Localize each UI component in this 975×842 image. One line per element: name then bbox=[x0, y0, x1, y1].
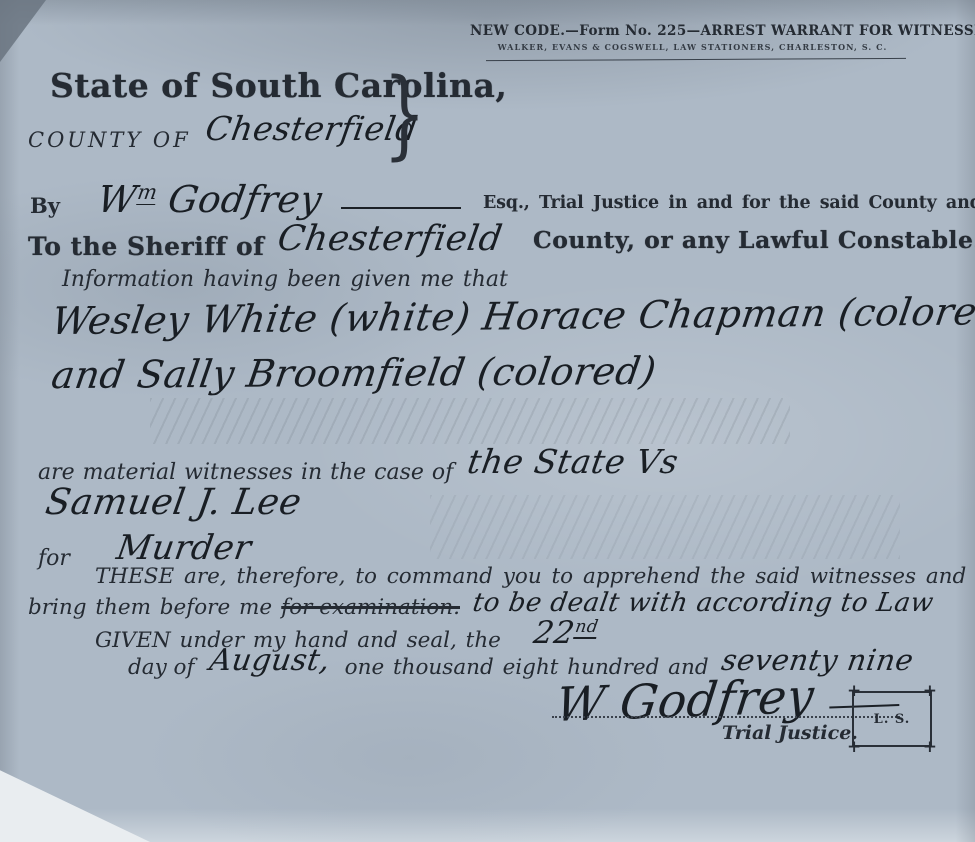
constable-line: County, or any Lawful Constable. bbox=[533, 226, 975, 254]
charge-handwritten: Murder bbox=[114, 528, 254, 568]
stationer-line: WALKER, EVANS & COGSWELL, LAW STATIONERS… bbox=[470, 42, 915, 52]
witness-names-line-2: and Sally Broomfield (colored) bbox=[49, 349, 660, 397]
case-name-handwritten: the State Vs bbox=[465, 442, 681, 481]
for-label: for bbox=[38, 546, 70, 571]
seal-label: L. S. bbox=[854, 693, 930, 745]
state-title: State of South Carolina, bbox=[50, 66, 507, 105]
defendant-name-handwritten: Samuel J. Lee bbox=[43, 482, 305, 523]
pen-flourish-dash bbox=[341, 207, 461, 209]
command-line-2-prefix: bring them before me bbox=[28, 595, 272, 620]
information-line: Information having been given me that bbox=[62, 267, 508, 292]
scan-smudge bbox=[150, 398, 790, 444]
form-header-line: NEW CODE.—Form No. 225—ARREST WARRANT FO… bbox=[470, 23, 915, 39]
scanned-warrant-document: NEW CODE.—Form No. 225—ARREST WARRANT FO… bbox=[0, 0, 975, 842]
esq-title-line: Esq., Trial Justice in and for the said … bbox=[483, 193, 975, 213]
signature-dotted-line bbox=[552, 716, 900, 718]
seal-corner-cross: + bbox=[923, 686, 937, 696]
month-handwritten: August, bbox=[207, 643, 333, 678]
by-label: By bbox=[30, 193, 60, 218]
sheriff-county-handwritten: Chesterfield bbox=[274, 219, 504, 259]
scan-edge-artifact-top-left bbox=[0, 0, 46, 62]
seal-corner-cross: + bbox=[847, 742, 861, 752]
caption-brace: } bbox=[383, 58, 426, 170]
seal-corner-cross: + bbox=[847, 686, 861, 696]
county-label: COUNTY OF bbox=[28, 128, 191, 152]
header-rule bbox=[486, 58, 906, 61]
seal-box: + + + + L. S. bbox=[852, 691, 932, 747]
witness-names-line-1: Wesley White (white) Horace Chapman (col… bbox=[49, 289, 975, 343]
justice-name-handwritten: Wm Godfrey bbox=[95, 178, 326, 221]
signature-title: Trial Justice. bbox=[722, 722, 858, 744]
inserted-handwritten: to be dealt with according to Law bbox=[471, 588, 936, 618]
sheriff-label: To the Sheriff of bbox=[28, 232, 264, 261]
struck-text: for examination. bbox=[281, 595, 460, 620]
day-of-label: day of bbox=[128, 655, 194, 680]
scan-smudge bbox=[430, 495, 900, 559]
command-line-1: THESE are, therefore, to command you to … bbox=[95, 564, 966, 589]
seal-corner-cross: + bbox=[923, 742, 937, 752]
scan-edge-artifact-bottom-left bbox=[0, 764, 150, 842]
day-number-handwritten: 22nd bbox=[531, 615, 600, 651]
